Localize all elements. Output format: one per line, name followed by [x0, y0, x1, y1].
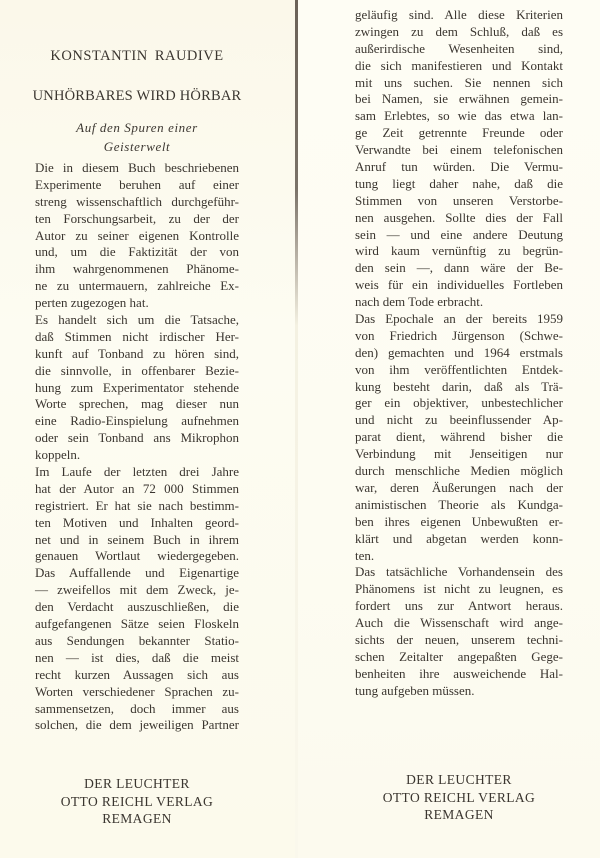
- text-line: genauen Wortlaut wiedergegeben.: [35, 548, 239, 565]
- text-line: hung zum Experimentator stehende: [35, 380, 239, 397]
- text-line: daß Stimmen nicht irdischer Her-: [35, 329, 239, 346]
- text-line: streng wissenschaftlich durchgeführ-: [35, 194, 239, 211]
- text-line: Verbindung mit Jenseitigen nur: [355, 446, 563, 463]
- text-line: schen Zeitalter angepaßten Gege-: [355, 649, 563, 666]
- text-line: kung besteht darin, daß als Trä-: [355, 379, 563, 396]
- text-line: Es handelt sich um die Tatsache,: [35, 312, 239, 329]
- text-line: Die in diesem Buch beschriebenen: [35, 160, 239, 177]
- author-name: KONSTANTIN RAUDIVE: [35, 48, 239, 65]
- book-title: UNHÖRBARES WIRD HÖRBAR: [27, 88, 247, 105]
- text-line: weis für ein individuelles Fortleben: [355, 277, 563, 294]
- text-line: von ihm veröffentlichten Entdek-: [355, 362, 563, 379]
- text-line: Experimente beruhen auf einer: [35, 177, 239, 194]
- text-line: Das tatsächliche Vorhandensein des: [355, 564, 563, 581]
- text-line: ten.: [355, 548, 563, 565]
- text-line: sichts der neuen, unserem techni-: [355, 632, 563, 649]
- text-line: koppeln.: [35, 447, 239, 464]
- text-line: bei Namen, sie erwähnen gemein-: [355, 91, 563, 108]
- text-line: ihm wahrgenommenen Phänome-: [35, 261, 239, 278]
- text-line: Das Epochale an der bereits 1959: [355, 311, 563, 328]
- text-line: mit uns suchen. Sie nennen sich: [355, 75, 563, 92]
- text-line: nen ausgehen. Sollte dies der Fall: [355, 210, 563, 227]
- text-line: den Verdacht auszuschließen, die: [35, 599, 239, 616]
- book-subtitle: Auf den Spuren einer Geisterwelt: [35, 118, 239, 156]
- text-line: den sein —, dann wäre der Be-: [355, 260, 563, 277]
- left-column: KONSTANTIN RAUDIVE UNHÖRBARES WIRD HÖRBA…: [35, 0, 239, 858]
- text-line: benheiten ihre ausweichende Hal-: [355, 666, 563, 683]
- text-line: und nicht zu beeinflussender Ap-: [355, 412, 563, 429]
- text-line: recht kurzen Aussagen sich aus: [35, 667, 239, 684]
- publisher-name: OTTO REICHL VERLAG: [30, 793, 244, 811]
- text-line: Stimmen von unseren Verstorbe-: [355, 193, 563, 210]
- publisher-city: REMAGEN: [352, 806, 566, 824]
- text-line: zwingen zu dem Schluß, daß es: [355, 24, 563, 41]
- blurb-text-left: Die in diesem Buch beschriebenenExperime…: [35, 160, 239, 734]
- text-line: oder sein Tonband ans Mikrophon: [35, 430, 239, 447]
- text-line: aufgefangenen Sätze seien Floskeln: [35, 616, 239, 633]
- subtitle-line: Geisterwelt: [35, 137, 239, 156]
- text-line: Auch die Wissenschaft wird ange-: [355, 615, 563, 632]
- text-line: Im Laufe der letzten drei Jahre: [35, 464, 239, 481]
- publisher-name: OTTO REICHL VERLAG: [352, 789, 566, 807]
- text-line: sam Erlebtes, so wie das etwa lan-: [355, 108, 563, 125]
- publisher-block-right: DER LEUCHTER OTTO REICHL VERLAG REMAGEN: [352, 771, 566, 824]
- text-line: außerirdische Wesenheiten sind,: [355, 41, 563, 58]
- text-line: hat der Autor an 72 000 Stimmen: [35, 481, 239, 498]
- text-line: von Friedrich Jürgenson (Schwe-: [355, 328, 563, 345]
- text-line: die sinnvolle, in offenbarer Bezie-: [35, 363, 239, 380]
- text-line: registriert. Er hat sie nach bestimm-: [35, 498, 239, 515]
- text-line: Verwandte bei einem telefonischen: [355, 142, 563, 159]
- text-line: animistischen Theorie als Kundga-: [355, 497, 563, 514]
- text-line: war, deren Äußerungen nach der: [355, 480, 563, 497]
- text-line: die sich manifestieren und Kontakt: [355, 58, 563, 75]
- publisher-block-left: DER LEUCHTER OTTO REICHL VERLAG REMAGEN: [30, 775, 244, 828]
- text-line: net und in seinem Buch in ihrem: [35, 532, 239, 549]
- right-column: geläufig sind. Alle diese Kriterienzwing…: [355, 0, 563, 858]
- text-line: tung liegt daher nahe, daß die: [355, 176, 563, 193]
- text-line: geläufig sind. Alle diese Kriterien: [355, 7, 563, 24]
- text-line: ge Zeit getrennte Freunde oder: [355, 125, 563, 142]
- publisher-imprint: DER LEUCHTER: [352, 771, 566, 789]
- text-line: nen — ist dies, daß die meist: [35, 650, 239, 667]
- text-line: nach dem Tode erbracht.: [355, 294, 563, 311]
- text-line: ben ihres eigenen Unbewußten er-: [355, 514, 563, 531]
- text-line: und, um die Faktizität der von: [35, 244, 239, 261]
- text-line: Phänomens ist nicht zu leugnen, es: [355, 581, 563, 598]
- text-line: — zweifellos mit dem Zweck, je-: [35, 582, 239, 599]
- text-line: Worte sprechen, mag dieser nun: [35, 396, 239, 413]
- text-line: perten zugezogen hat.: [35, 295, 239, 312]
- blurb-text-right: geläufig sind. Alle diese Kriterienzwing…: [355, 7, 563, 700]
- text-line: aus Sendungen bekannter Statio-: [35, 633, 239, 650]
- text-line: ger ein objektiver, unbestechlicher: [355, 395, 563, 412]
- text-line: Das Auffallende und Eigenartige: [35, 565, 239, 582]
- text-line: Anruf tun würden. Die Vermu-: [355, 159, 563, 176]
- publisher-city: REMAGEN: [30, 810, 244, 828]
- subtitle-line: Auf den Spuren einer: [35, 118, 239, 137]
- text-line: sein — und eine andere Deutung: [355, 227, 563, 244]
- text-line: eine Radio-Einspielung aufnehmen: [35, 413, 239, 430]
- text-line: Worten verschiedener Sprachen zu-: [35, 684, 239, 701]
- text-line: wird kaum vernünftig zu begrün-: [355, 243, 563, 260]
- text-line: den) gemachten und 1964 erstmals: [355, 345, 563, 362]
- text-line: solchen, die dem jeweiligen Partner: [35, 717, 239, 734]
- publisher-imprint: DER LEUCHTER: [30, 775, 244, 793]
- text-line: kunft auf Tonband zu hören sind,: [35, 346, 239, 363]
- book-fold-divider: [295, 0, 298, 858]
- text-line: klärt und abgetan werden konn-: [355, 531, 563, 548]
- text-line: parat dient, während bisher die: [355, 429, 563, 446]
- text-line: ten Forschungsarbeit, zu der der: [35, 211, 239, 228]
- text-line: Autor zu seiner eigenen Kontrolle: [35, 228, 239, 245]
- text-line: tung aufgeben müssen.: [355, 683, 563, 700]
- text-line: ne zu untermauern, zahlreiche Ex-: [35, 278, 239, 295]
- text-line: fordert uns zur Antwort heraus.: [355, 598, 563, 615]
- text-line: ten Motiven und Inhalten geord-: [35, 515, 239, 532]
- text-line: durch menschliche Medien möglich: [355, 463, 563, 480]
- text-line: sammensetzen, doch immer aus: [35, 701, 239, 718]
